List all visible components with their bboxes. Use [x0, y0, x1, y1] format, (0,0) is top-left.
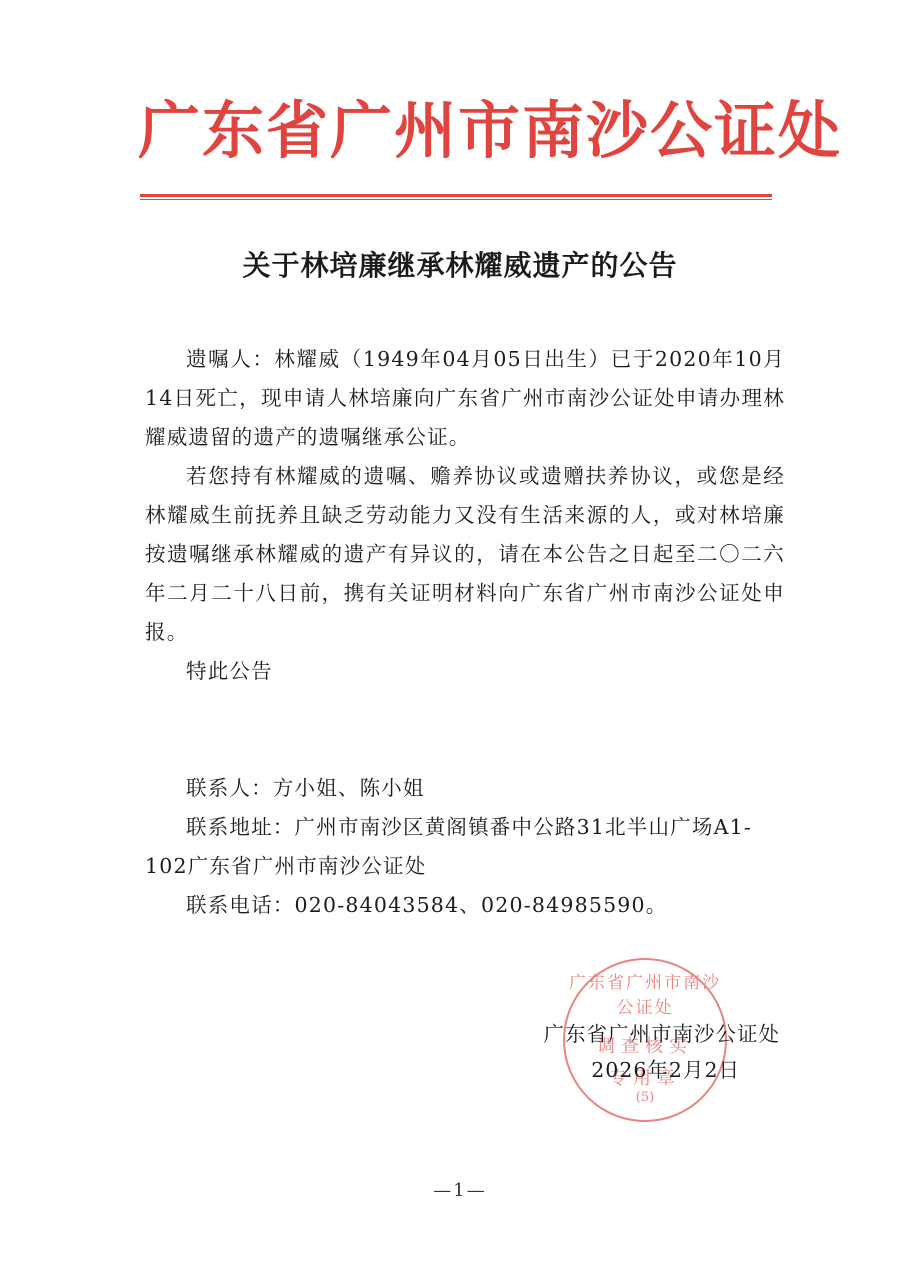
paragraph-testator: 遗嘱人：林耀威（1949年04月05日出生）已于2020年10月14日死亡，现申… — [145, 340, 785, 457]
document-body: 遗嘱人：林耀威（1949年04月05日出生）已于2020年10月14日死亡，现申… — [145, 340, 785, 925]
contact-address: 联系地址：广州市南沙区黄阁镇番中公路31北半山广场A1-102广东省广州市南沙公… — [145, 808, 785, 886]
contact-person: 联系人：方小姐、陈小姐 — [145, 769, 785, 808]
letterhead-title: 广东省广州市南沙公证处 — [138, 86, 778, 176]
letterhead-divider-thin — [140, 199, 772, 200]
paragraph-objection-notice: 若您持有林耀威的遗嘱、赡养协议或遗赠扶养协议，或您是经林耀威生前抚养且缺乏劳动能… — [145, 457, 785, 652]
document-title: 关于林培廉继承林耀威遗产的公告 — [140, 244, 780, 284]
letterhead-divider-thick — [140, 194, 772, 197]
spacer — [145, 691, 785, 769]
signature-org: 广东省广州市南沙公证处 — [500, 1016, 780, 1052]
paragraph-closing: 特此公告 — [145, 652, 785, 691]
seal-number: (5) — [565, 1090, 725, 1105]
seal-ring-text: 广东省广州市南沙公证处 — [565, 968, 725, 1018]
signature-block: 广东省广州市南沙公证处 2026年2月2日 — [500, 1016, 780, 1088]
signature-date: 2026年2月2日 — [500, 1052, 780, 1088]
contact-phone: 联系电话：020-84043584、020-84985590。 — [145, 886, 785, 925]
page-number: —1— — [400, 1180, 520, 1201]
